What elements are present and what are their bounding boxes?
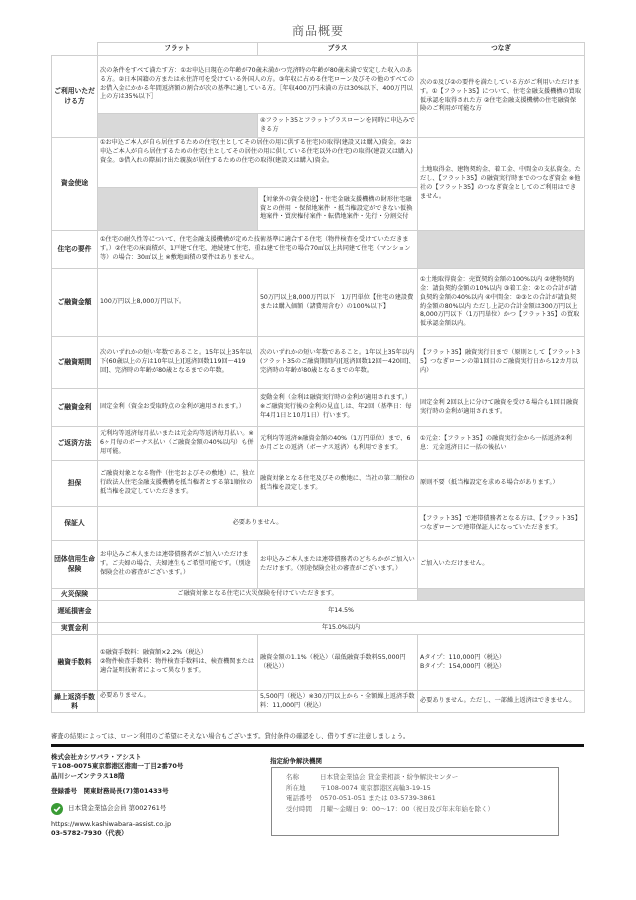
row-effective-rate: 実質金利 年15.0%以内 [52,623,585,635]
row-label: 団体信用生命保険 [52,541,98,589]
life-insurance-flat: お申込みご本人または連帯債務者がご加入いただけます。ご夫婦の場合、夫婦連生もご希… [98,541,258,589]
col-header-flat: フラット [98,43,258,56]
row-rate: ご融資金利 固定金利（資金お受取時点の金利が適用されます。） 変動金利（金利は融… [52,389,585,427]
dispute-row-name: 名称日本貸金業協会 貸金業相談・紛争解決センター [286,772,558,783]
dispute-row-phone: 電話番号0570-051-051 または 03-5739-3861 [286,793,558,804]
col-header-tsunagi: つなぎ [418,43,585,56]
divider [51,744,584,747]
prepayment-fee-flat: 必要ありません。 [98,691,258,713]
rate-tsunagi: 固定金利 2回以上に分けて融資を受ける場合も1回目融資実行時の金利が適用されます… [418,389,585,427]
term-plus: 次のいずれかの短い年数であること。1年以上35年以内(フラット35のご融資期間内… [258,337,418,389]
page-title: 商品概要 [0,22,636,39]
loan-fee-tsunagi: Aタイプ：110,000円（税込） Bタイプ：154,000円（税込） [418,635,585,691]
row-label: ご利用いただける方 [52,56,98,138]
membership: 日本貸金業協会会員 第002761号 [51,803,183,815]
corner-cell [52,43,98,56]
fund-use-plus-extra: 【対象外の資金使途】・住宅金融支援機構の財形住宅融資との併用 ・保留地案件 ・抵… [258,188,418,231]
row-label: 資金使途 [52,138,98,231]
fund-use-tsunagi: 土地取得金、建物契約金、着工金、中間金の支払資金。ただし、【フラット35】の融資… [418,138,585,231]
row-housing: 住宅の要件 ①住宅の耐久性等について、住宅金融支援機構が定めた技術基準に適合する… [52,231,585,269]
repayment-plus: 元利均等返済※融資金額の40%（1万円単位）まで、6か月ごとの返済（ボーナス返済… [258,427,418,461]
dispute-row-hours: 受付時間月曜～金曜日 9：00～17：00（祝日及び年末年始を除く） [286,804,558,815]
row-loan-fee: 融資手数料 ①融資手数料：融資額×2.2%（税込） ②物件検査手数料：物件検査手… [52,635,585,691]
row-label: 繰上返済手数料 [52,691,98,713]
row-fire-insurance: 火災保険 ご融資対象となる住宅に火災保険を付けていただきます。 [52,589,585,601]
row-guarantor: 保証人 必要ありません。 【フラット35】で連帯債務者となる方は、【フラット35… [52,507,585,541]
term-flat: 次のいずれかの短い年数であること。15年以上35年以下(60歳以上の方は10年以… [98,337,258,389]
rate-flat: 固定金利（資金お受取時点の金利が適用されます。） [98,389,258,427]
row-label: 遅延損害金 [52,601,98,623]
dispute-key: 受付時間 [286,804,320,815]
check-icon [51,803,63,815]
row-label: ご融資期間 [52,337,98,389]
col-header-plus: プラス [258,43,418,56]
prepayment-fee-tsunagi: 必要ありません。ただし、一部繰上返済はできません。 [418,691,585,713]
dispute-box: 名称日本貸金業協会 貸金業相談・紛争解決センター 所在地〒108-0074 東京… [271,767,559,836]
company-info: 株式会社カシワバラ・アシスト 〒108-0075東京都港区港南一丁目2番70号 … [51,753,183,839]
row-collateral: 担保 ご融資対象となる物件（住宅およびその敷地）に、独立行政法人住宅金融支援機構… [52,461,585,507]
fund-use-common: ①お申込ご本人が自ら居住するための住宅(主としてその居住の用に供する住宅)の取得… [98,138,418,188]
row-label: 住宅の要件 [52,231,98,269]
footnote: 審査の結果によっては、ローン利用のご希望にそえない場合もございます。貸付条件の確… [51,731,409,740]
row-label: 火災保険 [52,589,98,601]
company-url[interactable]: https://www.kashiwabara-assist.co.jp [51,820,183,829]
dispute-key: 電話番号 [286,793,320,804]
guarantor-common: 必要ありません。 [98,507,418,541]
registration-number: 登録番号 関東財務局長(7)第01433号 [51,787,183,796]
product-summary-table: フラット プラス つなぎ ご利用いただける方 次の条件をすべて満たす方：①お申込… [51,42,585,713]
row-label: 担保 [52,461,98,507]
row-late-fee: 遅延損害金 年14.5% [52,601,585,623]
row-repayment: ご返済方法 元利均等返済毎月払いまたは元金均等返済毎月払い。※6ヶ月毎のボーナス… [52,427,585,461]
eligibility-common: 次の条件をすべて満たす方：①お申込日現在の年齢が70歳未満かつ完済時の年齢が80… [98,56,418,114]
row-label: ご融資金額 [52,269,98,337]
repayment-tsunagi: ①元金：【フラット35】の融資実行金から一括返済②利息：元金返済日に一括の後払い [418,427,585,461]
collateral-flat: ご融資対象となる物件（住宅およびその敷地）に、独立行政法人住宅金融支援機構を抵当… [98,461,258,507]
membership-text: 日本貸金業協会会員 第002761号 [68,804,166,813]
row-amount: ご融資金額 100万円以上8,000万円以下。 50万円以上8,000万円以下 … [52,269,585,337]
dispute-key: 所在地 [286,783,320,794]
fire-insurance-common: ご融資対象となる住宅に火災保険を付けていただきます。 [98,589,418,601]
dispute-value: 月曜～金曜日 9：00～17：00（祝日及び年末年始を除く） [320,804,494,815]
loan-fee-flat: ①融資手数料：融資額×2.2%（税込） ②物件検査手数料：物件検査手数料は、検査… [98,635,258,691]
company-phone: 03-5782-7930（代表） [51,829,183,838]
row-label: 実質金利 [52,623,98,635]
repayment-flat: 元利均等返済毎月払いまたは元金均等返済毎月払い。※6ヶ月毎のボーナス払い（ご融資… [98,427,258,461]
row-fund-use: 資金使途 ①お申込ご本人が自ら居住するための住宅(主としてその居住の用に供する住… [52,138,585,188]
row-label: ご融資金利 [52,389,98,427]
loan-fee-plus: 融資金額の1.1%（税込）（最低融資手数料55,000円（税込）） [258,635,418,691]
gray-cell [418,231,585,269]
life-insurance-plus: お申込みご本人または連帯債務者のどちらかがご加入いただけます。（別途保険会社の審… [258,541,418,589]
amount-plus: 50万円以上8,000万円以下 1万円単位【住宅の建設費または購入価額（諸費用含… [258,269,418,337]
dispute-heading: 指定紛争解決機関 [270,756,322,765]
row-label: 融資手数料 [52,635,98,691]
dispute-key: 名称 [286,772,320,783]
guarantor-tsunagi: 【フラット35】で連帯債務者となる方は、【フラット35】つなぎローンで連帯保証人… [418,507,585,541]
company-address-2: 品川シーズンテラス18階 [51,772,183,781]
row-prepayment-fee: 繰上返済手数料 必要ありません。 5,500円（税込）※30万円以上から・全額繰… [52,691,585,713]
amount-flat: 100万円以上8,000万円以下。 [98,269,258,337]
gray-cell [418,589,585,601]
collateral-plus: 融資対象となる住宅及びその敷地に、当社の第二順位の抵当権を設定します。 [258,461,418,507]
row-life-insurance: 団体信用生命保険 お申込みご本人または連帯債務者がご加入いただけます。ご夫婦の場… [52,541,585,589]
dispute-value: 日本貸金業協会 貸金業相談・紛争解決センター [320,772,458,783]
late-fee-value: 年14.5% [98,601,585,623]
term-tsunagi: 【フラット35】融資実行日まで（原則として【フラット35】つなぎローンの第1回目… [418,337,585,389]
collateral-tsunagi: 原則不要（抵当権設定を求める場合があります。） [418,461,585,507]
eligibility-plus-extra: ④フラット35とフラットプラスローンを同時に申込みできる方 [258,114,418,138]
dispute-value: 〒108-0074 東京都港区高輪3-19-15 [320,783,431,794]
row-label: 保証人 [52,507,98,541]
housing-common: ①住宅の耐久性等について、住宅金融支援機構が定めた技術基準に適合する住宅（物件検… [98,231,418,269]
gray-cell [98,114,258,138]
prepayment-fee-plus: 5,500円（税込）※30万円以上から・全額繰上返済手数料：11,000円（税込… [258,691,418,713]
dispute-value: 0570-051-051 または 03-5739-3861 [320,793,436,804]
rate-plus: 変動金利（金利は融資実行時の金利が適用されます。）※ご融資実行後の金利の見直しは… [258,389,418,427]
eligibility-tsunagi: 次の①及び②の要件を満たしている方がご利用いただけます。①【フラット35】につい… [418,56,585,138]
life-insurance-tsunagi: ご加入いただけません。 [418,541,585,589]
gray-cell [98,188,258,231]
header-row: フラット プラス つなぎ [52,43,585,56]
row-term: ご融資期間 次のいずれかの短い年数であること。15年以上35年以下(60歳以上の… [52,337,585,389]
row-eligibility: ご利用いただける方 次の条件をすべて満たす方：①お申込日現在の年齢が70歳未満か… [52,56,585,114]
company-address-1: 〒108-0075東京都港区港南一丁目2番70号 [51,762,183,771]
amount-tsunagi: ①土地取得資金：売買契約金額の100%以内 ②建物契約金：請負契約金額の10%以… [418,269,585,337]
effective-rate-value: 年15.0%以内 [98,623,585,635]
company-name: 株式会社カシワバラ・アシスト [51,753,183,762]
row-label: ご返済方法 [52,427,98,461]
dispute-row-address: 所在地〒108-0074 東京都港区高輪3-19-15 [286,783,558,794]
